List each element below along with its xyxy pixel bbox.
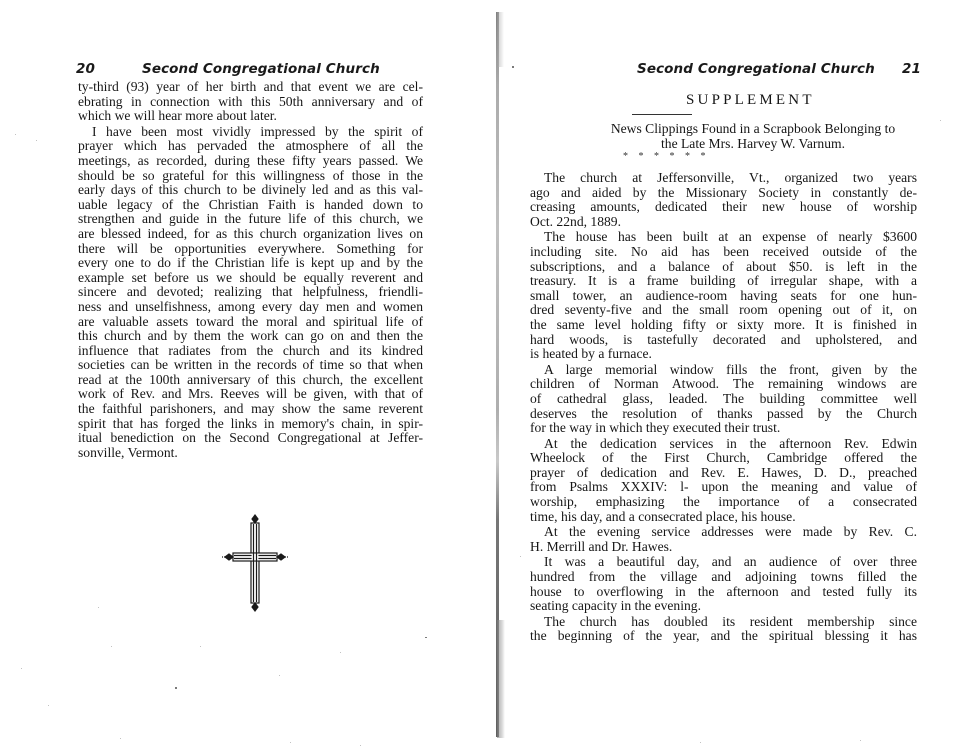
scan-speck (548, 410, 549, 411)
text-line: At the evening service addresses were ma… (530, 525, 917, 540)
paragraph: I have been most vividly impressed by th… (78, 125, 423, 461)
scan-speck (15, 134, 16, 135)
text-line: hundred from the village and adjoining t… (530, 570, 917, 585)
text-line: early days of this church to be divinely… (78, 183, 423, 198)
text-line: creasing amounts, dedicated their new ho… (530, 200, 917, 215)
text-line: A large memorial window fills the front,… (530, 363, 917, 378)
scan-speck (48, 705, 49, 706)
text-line: should be so grateful for this willingne… (78, 169, 423, 184)
text-line: including site. No aid has been received… (530, 245, 917, 260)
text-line: prayer of dedication and Rev. E. Hawes, … (530, 466, 917, 481)
text-line: the faithful parishoners, and may show t… (78, 402, 423, 417)
text-line: for the way in which they executed their… (530, 421, 917, 436)
book-spread: 20 Second Congregational Church ty-third… (0, 0, 964, 750)
text-line: Oct. 22nd, 1889. (530, 215, 917, 230)
text-line: ty-third (93) year of her birth and that… (78, 80, 423, 95)
paragraph: A large memorial window fills the front,… (530, 363, 917, 436)
left-page: 20 Second Congregational Church ty-third… (0, 0, 490, 750)
scan-speck (36, 140, 37, 141)
text-line: every one to do if the Christian life is… (78, 256, 423, 271)
paragraph: At the dedication services in the aftern… (530, 437, 917, 525)
paragraph: The church at Jeffersonville, Vt., organ… (530, 171, 917, 229)
text-line: spirit that has forged the links in memo… (78, 417, 423, 432)
text-line: influence that radiates from the church … (78, 344, 423, 359)
paragraph: It was a beautiful day, and an audience … (530, 555, 917, 613)
text-line: seating capacity in the evening. (530, 599, 917, 614)
text-line: are valuable assets toward the moral and… (78, 315, 423, 330)
text-line: dred seventy-five and the small room ope… (530, 303, 917, 318)
text-line: subscriptions, and a balance of about $5… (530, 260, 917, 275)
text-line: ebrating in connection with this 50th an… (78, 95, 423, 110)
left-body-text: ty-third (93) year of her birth and that… (78, 80, 423, 461)
scan-speck (520, 556, 521, 557)
text-line: house to overflowing in the afternoon an… (530, 585, 917, 600)
text-line: read at the 100th anniversary of this ch… (78, 373, 423, 388)
title-rule (632, 114, 692, 115)
page-number-right: 21 (902, 61, 921, 77)
text-line: is heated by a furnace. (530, 347, 917, 362)
running-head-left: Second Congregational Church (142, 61, 380, 77)
cross-icon (222, 513, 288, 613)
subtitle-line: News Clippings Found in a Scrapbook Belo… (588, 121, 918, 136)
asterisk-separator: * * * * * * (623, 151, 793, 162)
text-line: prayer which has pervaded the atmosphere… (78, 139, 423, 154)
subtitle-line: the Late Mrs. Harvey W. Varnum. (588, 136, 918, 151)
scan-speck (200, 646, 201, 647)
text-line: there will be opportunities everywhere. … (78, 242, 423, 257)
text-line: the same level holding fifty or sixty mo… (530, 318, 917, 333)
text-line: hard woods, is tastefully decorated and … (530, 333, 917, 348)
section-title: SUPPLEMENT (686, 92, 815, 109)
paragraph: The house has been built at an expense o… (530, 230, 917, 361)
text-line: worship, emphasizing the importance of a… (530, 495, 917, 510)
text-line: children of Norman Atwood. The remaining… (530, 377, 917, 392)
scan-speck (98, 607, 99, 608)
scan-speck (360, 745, 361, 746)
text-line: small tower, an audience-room having sea… (530, 289, 917, 304)
text-line: It was a beautiful day, and an audience … (530, 555, 917, 570)
text-line: are blessed indeed, for as this church o… (78, 227, 423, 242)
text-line: The church at Jeffersonville, Vt., organ… (530, 171, 917, 186)
section-subtitle: News Clippings Found in a Scrapbook Belo… (588, 121, 918, 151)
text-line: uable legacy of the Christian Faith is h… (78, 198, 423, 213)
text-line: ago and aided by the Missionary Society … (530, 186, 917, 201)
text-line: At the dedication services in the aftern… (530, 437, 917, 452)
scan-speck (700, 742, 701, 743)
text-line: this church and by them the work can go … (78, 329, 423, 344)
scan-speck (425, 637, 427, 638)
scan-speck (860, 740, 861, 741)
paragraph: ty-third (93) year of her birth and that… (78, 80, 423, 124)
scan-speck (290, 742, 291, 743)
right-page: Second Congregational Church 21 SUPPLEME… (496, 0, 964, 750)
page-number-left: 20 (76, 61, 95, 77)
paragraph: At the evening service addresses were ma… (530, 525, 917, 554)
scan-speck (21, 668, 22, 669)
text-line: H. Merrill and Dr. Hawes. (530, 540, 917, 555)
scan-speck (512, 66, 514, 68)
text-line: work of Rev. and Mrs. Reeves will be giv… (78, 387, 423, 402)
text-line: The church has doubled its resident memb… (530, 615, 917, 630)
text-line: the beginning of the year, and the spiri… (530, 629, 917, 644)
scan-speck (940, 120, 941, 121)
text-line: which we will hear more about later. (78, 109, 423, 124)
text-line: meetings, as recorded, during these fift… (78, 154, 423, 169)
text-line: sincere and devoted; realizing that help… (78, 285, 423, 300)
running-head-right: Second Congregational Church (637, 61, 875, 77)
text-line: I have been most vividly impressed by th… (78, 125, 423, 140)
text-line: itual benediction on the Second Congrega… (78, 431, 423, 446)
text-line: sonville, Vermont. (78, 446, 423, 461)
scan-speck (175, 687, 177, 689)
scan-speck (545, 200, 546, 201)
right-body-text: The church at Jeffersonville, Vt., organ… (530, 171, 917, 645)
scan-speck (279, 675, 280, 676)
text-line: from Psalms XXXIV: l- upon the meaning a… (530, 480, 917, 495)
text-line: time, his day, and a consecrated place, … (530, 510, 917, 525)
scan-speck (120, 738, 121, 739)
scan-speck (340, 652, 341, 653)
text-line: of cathedral glass, leaded. The building… (530, 392, 917, 407)
paragraph: The church has doubled its resident memb… (530, 615, 917, 644)
text-line: treasury. It is a frame building of irre… (530, 274, 917, 289)
text-line: strengthen and guide in the future life … (78, 212, 423, 227)
text-line: Wheelock of the First Church, Cambridge … (530, 451, 917, 466)
text-line: The house has been built at an expense o… (530, 230, 917, 245)
text-line: deserves the resolution of thanks passed… (530, 407, 917, 422)
text-line: societies can be written in the records … (78, 358, 423, 373)
scan-speck (111, 646, 112, 647)
text-line: ness and unselfishness, among every day … (78, 300, 423, 315)
text-line: example set before us we should be equal… (78, 271, 423, 286)
